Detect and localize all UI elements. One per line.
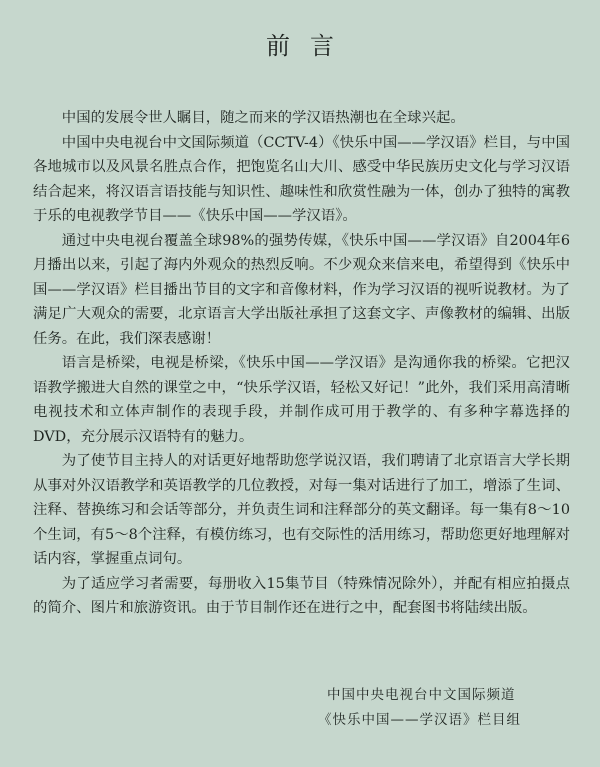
signature-program-team: 《快乐中国——学汉语》栏目组 [318,708,578,733]
paragraph-2: 中国中央电视台中文国际频道（CCTV-4）《快乐中国——学汉语》栏目，与中国各地… [33,131,570,229]
page-title: 前言 [0,30,600,62]
paragraph-3: 通过中央电视台覆盖全球98%的强势传媒，《快乐中国——学汉语》自2004年6月播… [33,229,570,352]
paragraph-5: 为了使节目主持人的对话更好地帮助您学说汉语，我们聘请了北京语言大学长期从事对外汉… [33,449,570,572]
paragraph-4: 语言是桥梁，电视是桥梁，《快乐中国——学汉语》是沟通你我的桥梁。它把汉语教学搬进… [33,351,570,449]
signature-block: 中国中央电视台中文国际频道 《快乐中国——学汉语》栏目组 [318,683,578,733]
preface-body: 中国的发展令世人瞩目，随之而来的学汉语热潮也在全球兴起。 中国中央电视台中文国际… [33,106,570,621]
signature-organization: 中国中央电视台中文国际频道 [318,683,578,708]
paragraph-6: 为了适应学习者需要，每册收入15集节目（特殊情况除外），并配有相应拍摄点的简介、… [33,572,570,621]
paragraph-1: 中国的发展令世人瞩目，随之而来的学汉语热潮也在全球兴起。 [33,106,570,131]
document-page: 前言 中国的发展令世人瞩目，随之而来的学汉语热潮也在全球兴起。 中国中央电视台中… [0,0,600,767]
